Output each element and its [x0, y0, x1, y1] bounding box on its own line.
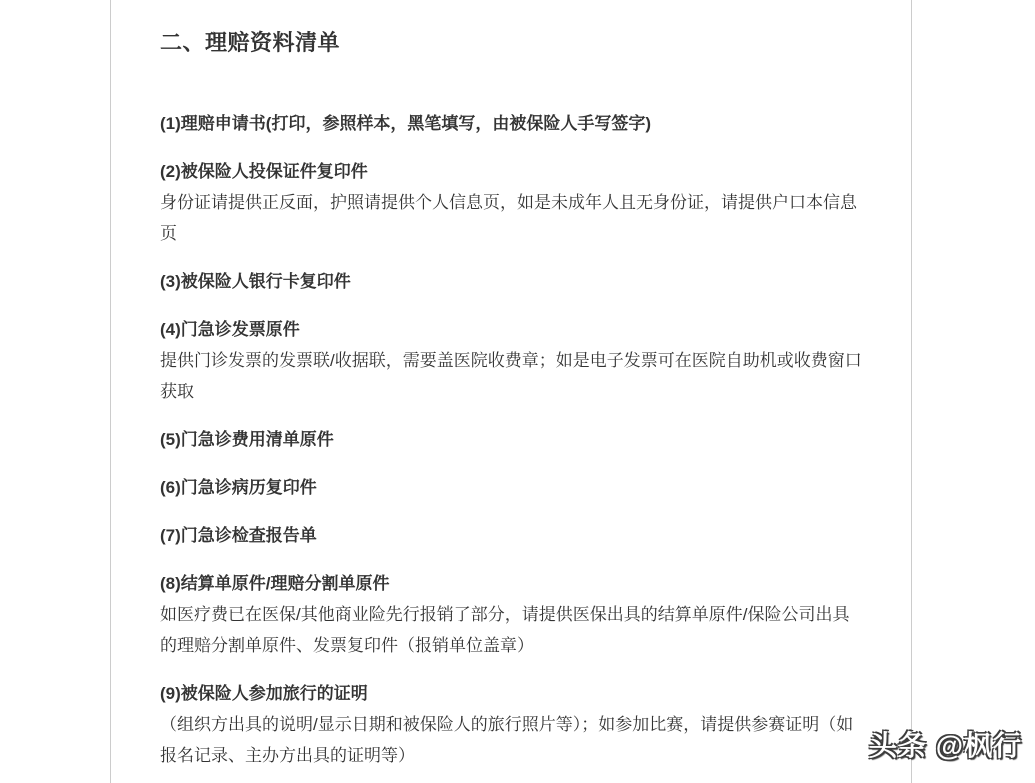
item-heading: (9)被保险人参加旅行的证明 [160, 678, 862, 709]
item-body: 身份证请提供正反面，护照请提供个人信息页，如是未成年人且无身份证，请提供户口本信… [160, 187, 862, 249]
item-heading: (2)被保险人投保证件复印件 [160, 156, 862, 187]
claim-item-9: (9)被保险人参加旅行的证明 （组织方出具的说明/显示日期和被保险人的旅行照片等… [160, 678, 862, 771]
claim-item-7: (7)门急诊检查报告单 [160, 520, 862, 551]
item-body: 如医疗费已在医保/其他商业险先行报销了部分，请提供医保出具的结算单原件/保险公司… [160, 599, 862, 661]
claim-item-3: (3)被保险人银行卡复印件 [160, 266, 862, 297]
item-heading: (5)门急诊费用清单原件 [160, 424, 862, 455]
item-heading: (1)理赔申请书(打印，参照样本，黑笔填写，由被保险人手写签字) [160, 108, 862, 139]
page-viewport: 二、理赔资料清单 (1)理赔申请书(打印，参照样本，黑笔填写，由被保险人手写签字… [0, 0, 1035, 783]
claim-item-4: (4)门急诊发票原件 提供门诊发票的发票联/收据联，需要盖医院收费章；如是电子发… [160, 314, 862, 407]
item-heading: (4)门急诊发票原件 [160, 314, 862, 345]
item-body: （组织方出具的说明/显示日期和被保险人的旅行照片等）；如参加比赛，请提供参赛证明… [160, 709, 862, 771]
claim-item-1: (1)理赔申请书(打印，参照样本，黑笔填写，由被保险人手写签字) [160, 108, 862, 139]
article-column: 二、理赔资料清单 (1)理赔申请书(打印，参照样本，黑笔填写，由被保险人手写签字… [110, 0, 912, 783]
claim-item-5: (5)门急诊费用清单原件 [160, 424, 862, 455]
item-heading: (6)门急诊病历复印件 [160, 472, 862, 503]
claim-item-2: (2)被保险人投保证件复印件 身份证请提供正反面，护照请提供个人信息页，如是未成… [160, 156, 862, 249]
item-body: 提供门诊发票的发票联/收据联，需要盖医院收费章；如是电子发票可在医院自助机或收费… [160, 345, 862, 407]
section-title: 二、理赔资料清单 [160, 28, 862, 58]
item-heading: (8)结算单原件/理赔分割单原件 [160, 568, 862, 599]
item-heading: (3)被保险人银行卡复印件 [160, 266, 862, 297]
claim-item-8: (8)结算单原件/理赔分割单原件 如医疗费已在医保/其他商业险先行报销了部分，请… [160, 568, 862, 661]
claim-item-6: (6)门急诊病历复印件 [160, 472, 862, 503]
item-heading: (7)门急诊检查报告单 [160, 520, 862, 551]
toutiao-watermark: 头条 @枫行 [869, 726, 1022, 766]
